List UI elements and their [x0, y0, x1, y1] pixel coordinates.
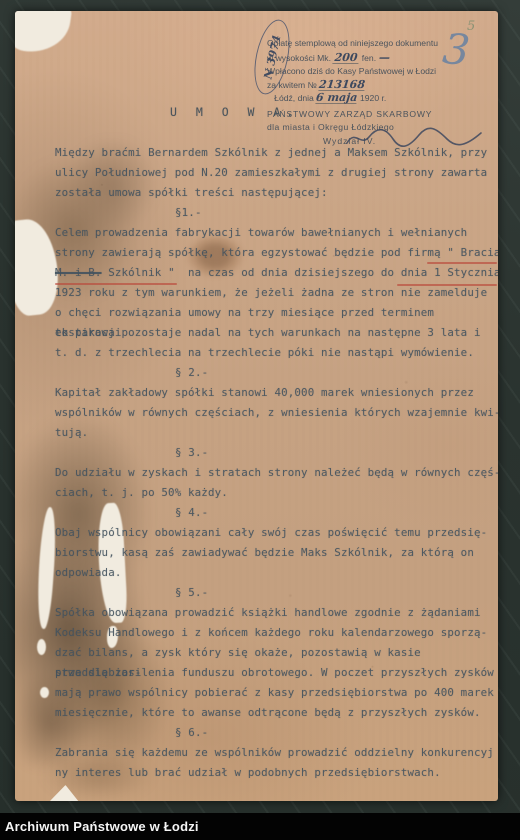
stamp-date-value: 6 maja [316, 92, 359, 104]
document-line: ulicy Południowej pod N.20 zamieszkałymi… [55, 163, 498, 183]
document-line: 1923 roku z tym warunkiem, że jeżeli żad… [55, 283, 498, 303]
corner-pencil-number: 5 [467, 19, 475, 34]
tear-vertical-1b [37, 639, 46, 655]
document-line: dzać bilans, a zysk który się okaże, poz… [55, 643, 498, 663]
stamp-org-line-2: dla miasta i Okręgu Łódzkiego [267, 121, 483, 135]
scanned-document-page: Opłatę stemplową od niniejszego dokument… [0, 0, 520, 840]
document-line: Kapitał zakładowy spółki stanowi 40,000 … [55, 383, 498, 403]
registry-number-text: N 3974 [261, 34, 283, 80]
crossed-out-text: M. i B. [55, 266, 102, 279]
section-heading: § 2.- [55, 363, 498, 383]
stamp-org-line-1: PAŃSTWOWY ZARZĄD SKARBOWY [267, 108, 483, 122]
section-heading: § 3.- [55, 443, 498, 463]
archive-watermark-bar: Archiwum Państwowe w Łodzi [0, 813, 520, 840]
section-heading: § 4.- [55, 503, 498, 523]
document-line: została umowa spółki treści następującej… [55, 183, 498, 203]
stamp-line-4: za kwitem № 213168 [267, 79, 483, 93]
document-line: ciach, t. j. po 50% każdy. [55, 483, 498, 503]
stamp-fen-dash: — [378, 51, 390, 65]
stamp-receipt-number: 213168 [319, 79, 366, 91]
stamp-year: 1920 r. [360, 93, 386, 103]
document-line: Między braćmi Bernardem Szkólnik z jedne… [55, 143, 498, 163]
document-line: stwa dla zasilenia funduszu obrotowego. … [55, 663, 498, 683]
document-line: Obaj wspólnicy obowiązani cały swój czas… [55, 523, 498, 543]
document-line: odpowiada. [55, 563, 498, 583]
document-line: Kodeksu Handlowego i z końcem każdego ro… [55, 623, 498, 643]
section-heading: §1.- [55, 203, 498, 223]
document-line: Do udziału w zyskach i stratach strony n… [55, 463, 498, 483]
section-heading: § 5.- [55, 583, 498, 603]
paper-sheet: Opłatę stemplową od niniejszego dokument… [15, 11, 498, 801]
archive-name-label: Archiwum Państwowe w Łodzi [0, 819, 199, 834]
document-line: miesięcznie, które to awanse odtrącone b… [55, 703, 498, 723]
document-line: mają prawo wspólnicy pobierać z kasy prz… [55, 683, 498, 703]
document-line: t. d. z trzechlecia na trzechlecie póki … [55, 343, 498, 363]
stamp-amount-value: 200 [333, 52, 360, 64]
document-line: tują. [55, 423, 498, 443]
document-line: ny interes lub brać udział w podobnych p… [55, 763, 498, 783]
stamp-date-label: Łódź, dnia [274, 93, 314, 103]
section-heading: § 6.- [55, 723, 498, 743]
stamp-fen-label: fen. [362, 53, 376, 63]
tear-bottom-edge [49, 785, 79, 801]
document-body: Między braćmi Bernardem Szkólnik z jedne… [55, 143, 498, 783]
tear-top-left-corner [15, 11, 72, 57]
document-line: M. i B. Szkólnik " na czas od dnia dzisi… [55, 263, 498, 283]
document-line: Celem prowadzenia fabrykacji towarów baw… [55, 223, 498, 243]
document-line: o chęci rozwiązania umowy na trzy miesią… [55, 303, 498, 323]
stamp-line-5: Łódź, dnia 6 maja 1920 r. [267, 92, 483, 106]
tear-small-dot [40, 687, 49, 698]
document-line: to takowa pozostaje nadal na tych warunk… [55, 323, 498, 343]
document-line: Spółka obowiązana prowadzić książki hand… [55, 603, 498, 623]
document-title: U M O W A. [170, 105, 299, 119]
document-line: strony zawierają spółkę, która egzystowa… [55, 243, 498, 263]
document-line: biorstwu, kasą zaś zawiadywać będzie Mak… [55, 543, 498, 563]
document-line: wspólników w równych częściach, z wniesi… [55, 403, 498, 423]
document-line: Zabrania się każdemu ze wspólników prowa… [55, 743, 498, 763]
